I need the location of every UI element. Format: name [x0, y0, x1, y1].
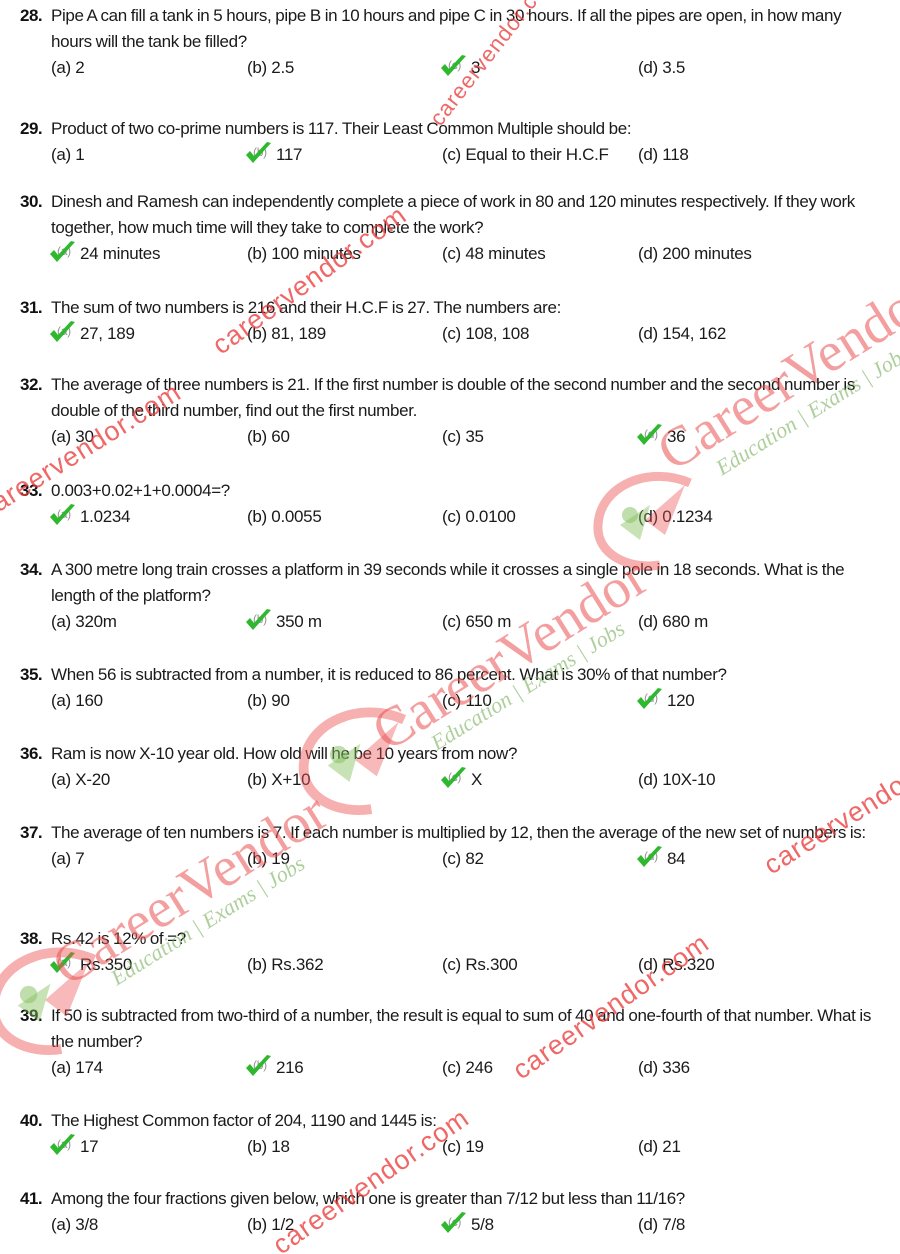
question-number: 35.: [20, 662, 42, 688]
answer-option-label: (c) 48 minutes: [442, 244, 546, 263]
question-number: 36.: [20, 741, 42, 767]
answer-option-label: 36: [667, 427, 685, 446]
answer-option-label: (b) 81, 189: [247, 324, 326, 343]
question-number: 37.: [20, 820, 42, 846]
question-text: Product of two co-prime numbers is 117. …: [51, 116, 882, 142]
answer-option: (d) 10X-10: [638, 767, 715, 793]
answer-option-label: (c) 246: [442, 1058, 493, 1077]
question-number: 41.: [20, 1186, 42, 1212]
question-item: 30.Dinesh and Ramesh can independently c…: [20, 189, 882, 267]
answer-option: (c) 82: [442, 846, 484, 872]
answer-option-correct: (b)216: [247, 1055, 303, 1081]
answer-option-label: (b) 18: [247, 1137, 290, 1156]
answer-option-label: (b) Rs.362: [247, 955, 323, 974]
question-text: 0.003+0.02+1+0.0004=?: [51, 478, 882, 504]
question-item: 34.A 300 metre long train crosses a plat…: [20, 557, 882, 635]
question-text: A 300 metre long train crosses a platfor…: [51, 557, 882, 609]
question-item: 39.If 50 is subtracted from two-third of…: [20, 1003, 882, 1081]
answer-option: (d) 7/8: [638, 1212, 685, 1238]
answer-option: (d) 200 minutes: [638, 241, 752, 267]
answer-option-label: 3: [471, 58, 480, 77]
question-number: 32.: [20, 372, 42, 398]
question-text: The Highest Common factor of 204, 1190 a…: [51, 1108, 882, 1134]
answer-option-label: (c) 35: [442, 427, 484, 446]
question-item: 31.The sum of two numbers is 216 and the…: [20, 295, 882, 347]
question-number: 38.: [20, 926, 42, 952]
answer-option: (b) 81, 189: [247, 321, 326, 347]
green-checkmark-icon: (b): [247, 609, 275, 631]
answer-option-label: X: [471, 770, 482, 789]
question-text: When 56 is subtracted from a number, it …: [51, 662, 882, 688]
question-text: If 50 is subtracted from two-third of a …: [51, 1003, 882, 1055]
answer-option: (b) 2.5: [247, 55, 294, 81]
green-checkmark-icon: (d): [638, 846, 666, 868]
answer-option: (b) Rs.362: [247, 952, 323, 978]
question-item: 36.Ram is now X-10 year old. How old wil…: [20, 741, 882, 793]
answer-option: (c) 0.0100: [442, 504, 516, 530]
green-checkmark-icon: (b): [247, 142, 275, 164]
answer-options: (a)27, 189(b) 81, 189(c) 108, 108(d) 154…: [51, 321, 882, 347]
answer-option-correct: (c)3: [442, 55, 480, 81]
question-number: 40.: [20, 1108, 42, 1134]
question-number: 39.: [20, 1003, 42, 1029]
answer-options: (a) 3/8(b) 1/2(c)5/8(d) 7/8: [51, 1212, 882, 1238]
answer-option-label: 17: [80, 1137, 98, 1156]
answer-option-label: (a) 30: [51, 427, 94, 446]
question-number: 34.: [20, 557, 42, 583]
question-text: The average of ten numbers is 7. If each…: [51, 820, 882, 846]
green-checkmark-icon: (c): [442, 55, 470, 77]
green-checkmark-icon: (a): [51, 321, 79, 343]
green-checkmark-icon: (a): [51, 1134, 79, 1156]
answer-option-label: (a) 160: [51, 691, 103, 710]
answer-option-label: (c) 110: [442, 691, 492, 710]
answer-option-correct: (a)27, 189: [51, 321, 135, 347]
answer-option-label: (d) 3.5: [638, 58, 685, 77]
question-number: 31.: [20, 295, 42, 321]
question-number: 29.: [20, 116, 42, 142]
question-item: 38.Rs.42 is 12% of =?(a)Rs.350(b) Rs.362…: [20, 926, 882, 978]
answer-option: (c) 110: [442, 688, 492, 714]
answer-option: (d) 118: [638, 142, 689, 168]
question-item: 37.The average of ten numbers is 7. If e…: [20, 820, 882, 872]
answer-option: (b) 19: [247, 846, 290, 872]
answer-option: (a) 320m: [51, 609, 117, 635]
answer-option: (b) 100 minutes: [247, 241, 361, 267]
answer-option-label: (d) 21: [638, 1137, 681, 1156]
green-checkmark-icon: (a): [51, 504, 79, 526]
green-checkmark-icon: (d): [638, 424, 666, 446]
answer-option: (a) X-20: [51, 767, 110, 793]
answer-option: (c) Rs.300: [442, 952, 517, 978]
answer-option: (a) 3/8: [51, 1212, 98, 1238]
answer-option: (b) 0.0055: [247, 504, 322, 530]
answer-option: (d) 154, 162: [638, 321, 726, 347]
answer-option: (d) 0.1234: [638, 504, 713, 530]
answer-option-label: (b) 19: [247, 849, 290, 868]
answer-option-label: (d) 200 minutes: [638, 244, 752, 263]
question-text: Among the four fractions given below, wh…: [51, 1186, 882, 1212]
answer-option-label: 216: [276, 1058, 303, 1077]
answer-option-label: (c) 108, 108: [442, 324, 529, 343]
answer-option: (b) X+10: [247, 767, 310, 793]
answer-options: (a) 30(b) 60(c) 35(d)36: [51, 424, 882, 450]
answer-option: (c) 48 minutes: [442, 241, 546, 267]
answer-option-label: (b) 2.5: [247, 58, 294, 77]
answer-option: (d) 3.5: [638, 55, 685, 81]
answer-option: (b) 18: [247, 1134, 290, 1160]
answer-option-label: (a) 3/8: [51, 1215, 98, 1234]
question-item: 33.0.003+0.02+1+0.0004=?(a)1.0234(b) 0.0…: [20, 478, 882, 530]
answer-option-label: (b) X+10: [247, 770, 310, 789]
answer-option-label: (c) 650 m: [442, 612, 511, 631]
answer-option-label: (a) 174: [51, 1058, 103, 1077]
answer-option-label: (d) 336: [638, 1058, 690, 1077]
green-checkmark-icon: (b): [247, 1055, 275, 1077]
green-checkmark-icon: (a): [51, 952, 79, 974]
question-item: 41.Among the four fractions given below,…: [20, 1186, 882, 1238]
answer-option: (b) 90: [247, 688, 290, 714]
answer-option-label: (a) 320m: [51, 612, 117, 631]
question-number: 28.: [20, 3, 42, 29]
green-checkmark-icon: (c): [442, 767, 470, 789]
answer-option-label: 120: [667, 691, 694, 710]
question-item: 40.The Highest Common factor of 204, 119…: [20, 1108, 882, 1160]
answer-option: (a) 174: [51, 1055, 103, 1081]
answer-options: (a) X-20(b) X+10(c)X(d) 10X-10: [51, 767, 882, 793]
answer-options: (a)24 minutes(b) 100 minutes(c) 48 minut…: [51, 241, 882, 267]
question-number: 30.: [20, 189, 42, 215]
answer-option-correct: (a)17: [51, 1134, 98, 1160]
answer-option-label: (b) 60: [247, 427, 290, 446]
question-item: 35.When 56 is subtracted from a number, …: [20, 662, 882, 714]
answer-option: (c) 19: [442, 1134, 484, 1160]
answer-option-correct: (b)350 m: [247, 609, 322, 635]
answer-option: (d) 680 m: [638, 609, 708, 635]
answer-option-correct: (d)36: [638, 424, 685, 450]
answer-option: (b) 1/2: [247, 1212, 294, 1238]
answer-option: (c) Equal to their H.C.F: [442, 142, 609, 168]
answer-option-label: (c) Rs.300: [442, 955, 517, 974]
question-item: 32.The average of three numbers is 21. I…: [20, 372, 882, 450]
answer-options: (a)17(b) 18(c) 19(d) 21: [51, 1134, 882, 1160]
answer-option-label: (d) 118: [638, 145, 689, 164]
answer-option-label: 5/8: [471, 1215, 494, 1234]
answer-options: (a) 160(b) 90(c) 110(d)120: [51, 688, 882, 714]
answer-option: (a) 7: [51, 846, 84, 872]
answer-option-label: (d) 10X-10: [638, 770, 715, 789]
question-text: Rs.42 is 12% of =?: [51, 926, 882, 952]
answer-option-correct: (a)Rs.350: [51, 952, 132, 978]
answer-option-label: (b) 100 minutes: [247, 244, 361, 263]
answer-options: (a) 174(b)216(c) 246(d) 336: [51, 1055, 882, 1081]
answer-option: (a) 2: [51, 55, 84, 81]
answer-options: (a) 7(b) 19(c) 82(d)84: [51, 846, 882, 872]
answer-option-correct: (d)120: [638, 688, 694, 714]
question-text: Dinesh and Ramesh can independently comp…: [51, 189, 882, 241]
answer-options: (a) 320m(b)350 m(c) 650 m(d) 680 m: [51, 609, 882, 635]
answer-option-label: (d) 0.1234: [638, 507, 713, 526]
answer-option-label: 27, 189: [80, 324, 135, 343]
green-checkmark-icon: (a): [51, 241, 79, 263]
answer-option-label: (b) 0.0055: [247, 507, 322, 526]
question-number: 33.: [20, 478, 42, 504]
answer-option-label: (d) Rs.320: [638, 955, 714, 974]
answer-option-correct: (b)117: [247, 142, 302, 168]
answer-options: (a) 1(b)117(c) Equal to their H.C.F(d) 1…: [51, 142, 882, 168]
answer-option-label: 350 m: [276, 612, 322, 631]
answer-option: (c) 650 m: [442, 609, 511, 635]
answer-option-label: (c) 0.0100: [442, 507, 516, 526]
answer-option-correct: (c)X: [442, 767, 482, 793]
answer-option-label: (c) 19: [442, 1137, 484, 1156]
question-item: 28.Pipe A can fill a tank in 5 hours, pi…: [20, 3, 882, 81]
answer-options: (a)1.0234(b) 0.0055(c) 0.0100(d) 0.1234: [51, 504, 882, 530]
answer-option-label: 24 minutes: [80, 244, 160, 263]
answer-option: (c) 108, 108: [442, 321, 529, 347]
answer-option-label: 1.0234: [80, 507, 130, 526]
quiz-page: 28.Pipe A can fill a tank in 5 hours, pi…: [0, 0, 900, 1254]
answer-option: (a) 160: [51, 688, 103, 714]
answer-option: (c) 35: [442, 424, 484, 450]
answer-option-label: (b) 1/2: [247, 1215, 294, 1234]
answer-option-label: (a) X-20: [51, 770, 110, 789]
answer-option: (d) Rs.320: [638, 952, 714, 978]
answer-option: (a) 1: [51, 142, 84, 168]
answer-option-correct: (a)24 minutes: [51, 241, 160, 267]
green-checkmark-icon: (d): [638, 688, 666, 710]
answer-option-label: (d) 680 m: [638, 612, 708, 631]
question-text: The sum of two numbers is 216 and their …: [51, 295, 882, 321]
answer-options: (a)Rs.350(b) Rs.362(c) Rs.300(d) Rs.320: [51, 952, 882, 978]
answer-option-label: (c) 82: [442, 849, 484, 868]
answer-option-label: (a) 7: [51, 849, 84, 868]
answer-option-label: (a) 2: [51, 58, 84, 77]
answer-option-label: (d) 154, 162: [638, 324, 726, 343]
answer-option: (d) 336: [638, 1055, 690, 1081]
answer-option-label: (b) 90: [247, 691, 290, 710]
answer-option-label: 84: [667, 849, 685, 868]
answer-option-label: 117: [276, 145, 302, 164]
answer-option-correct: (a)1.0234: [51, 504, 130, 530]
question-text: The average of three numbers is 21. If t…: [51, 372, 882, 424]
question-item: 29.Product of two co-prime numbers is 11…: [20, 116, 882, 168]
answer-option: (d) 21: [638, 1134, 681, 1160]
answer-option-label: (d) 7/8: [638, 1215, 685, 1234]
green-checkmark-icon: (c): [442, 1212, 470, 1234]
answer-option-label: Rs.350: [80, 955, 132, 974]
answer-option: (c) 246: [442, 1055, 493, 1081]
answer-option-correct: (d)84: [638, 846, 685, 872]
answer-options: (a) 2(b) 2.5(c)3(d) 3.5: [51, 55, 882, 81]
answer-option-correct: (c)5/8: [442, 1212, 494, 1238]
answer-option: (a) 30: [51, 424, 94, 450]
question-text: Ram is now X-10 year old. How old will h…: [51, 741, 882, 767]
answer-option: (b) 60: [247, 424, 290, 450]
answer-option-label: (a) 1: [51, 145, 84, 164]
answer-option-label: (c) Equal to their H.C.F: [442, 145, 609, 164]
question-text: Pipe A can fill a tank in 5 hours, pipe …: [51, 3, 882, 55]
